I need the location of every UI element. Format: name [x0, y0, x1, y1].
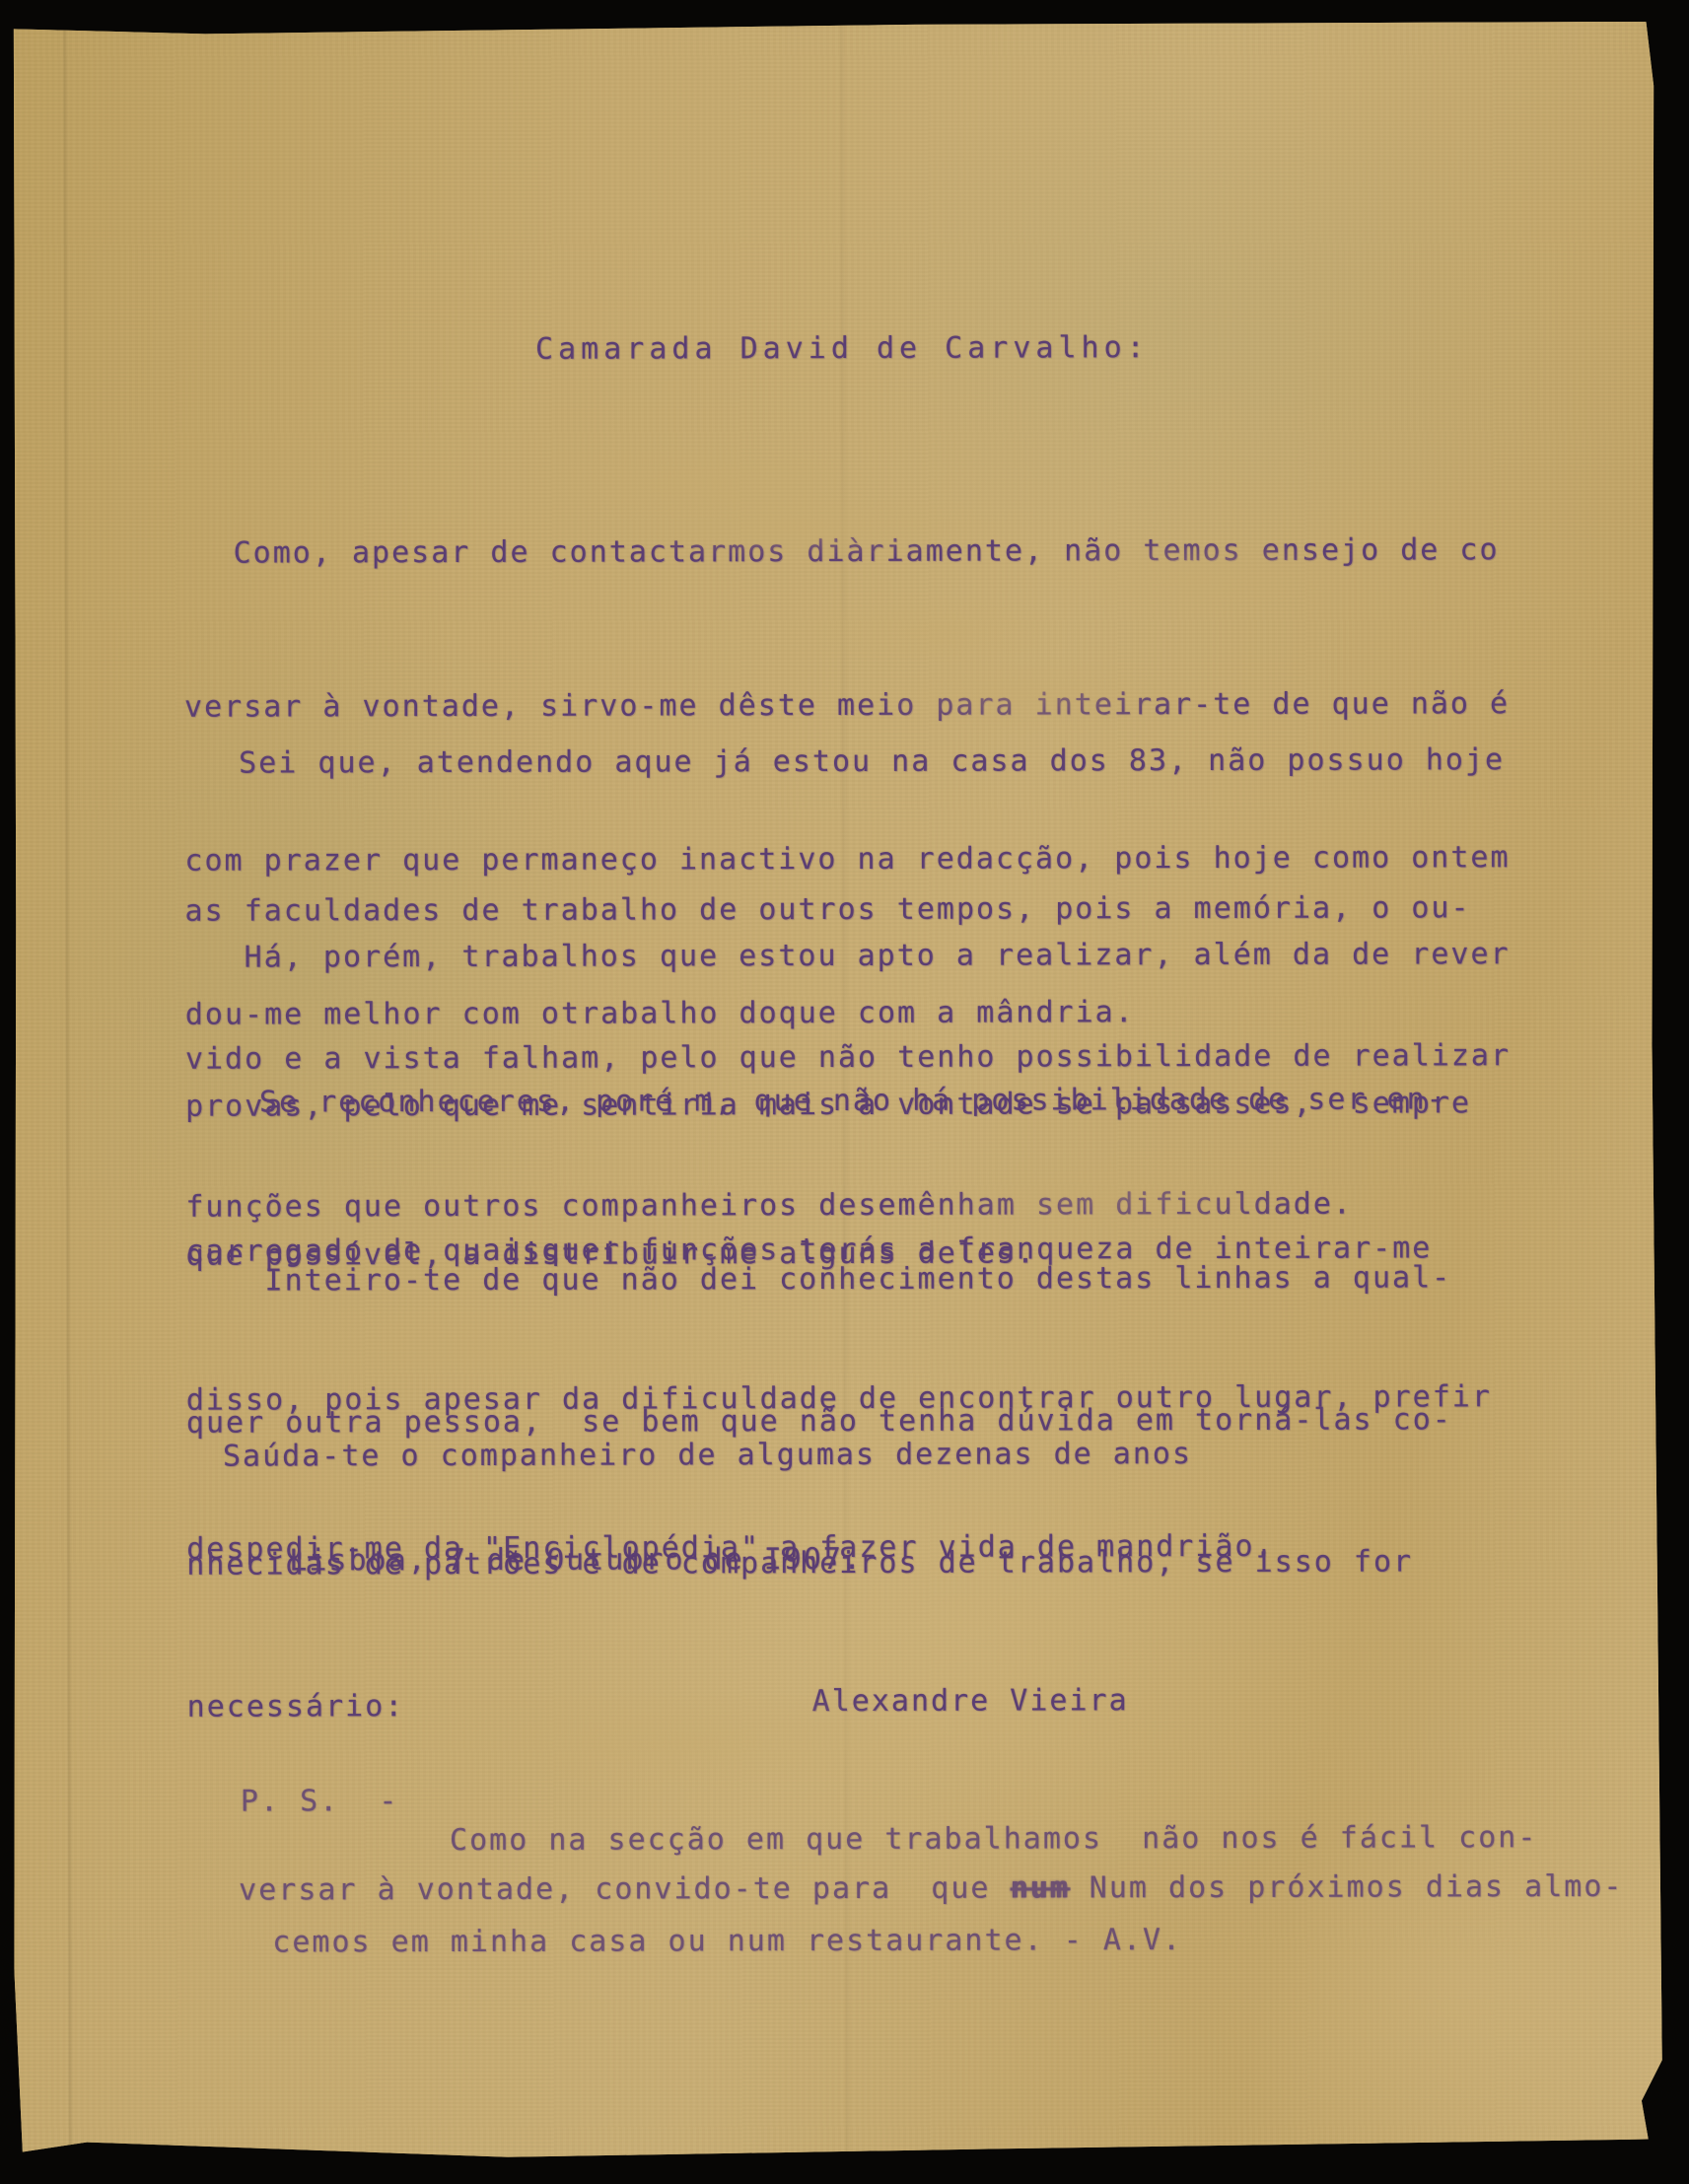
- dateline-text: Lisboa, 7 de Outubro de I907.: [289, 1534, 863, 1587]
- letter-line: Como, apesar de contactarmos diàriamente…: [184, 525, 1510, 580]
- dateline: Lisboa, 7 de Outubro de I907.: [289, 1432, 863, 1690]
- letter-line: Se reconheceres, poré m, que não há poss…: [185, 1076, 1491, 1125]
- greeting-text: Camarada David de Carvalho:: [535, 322, 1150, 376]
- letter-line: Sei que, atendendo aque já estou na casa…: [184, 738, 1510, 787]
- letter-page: Camarada David de Carvalho: Como, apesar…: [7, 22, 1663, 2160]
- letter-line: cemos em minha casa ou num restaurante. …: [272, 1915, 1182, 1968]
- scanned-letter-screenshot: { "page": { "background_color": "#070605…: [0, 0, 1689, 2184]
- postscript-line-3: cemos em minha casa ou num restaurante. …: [272, 1812, 1183, 2071]
- letter-line: Inteiro-te de que não dei conhecimento d…: [185, 1258, 1451, 1301]
